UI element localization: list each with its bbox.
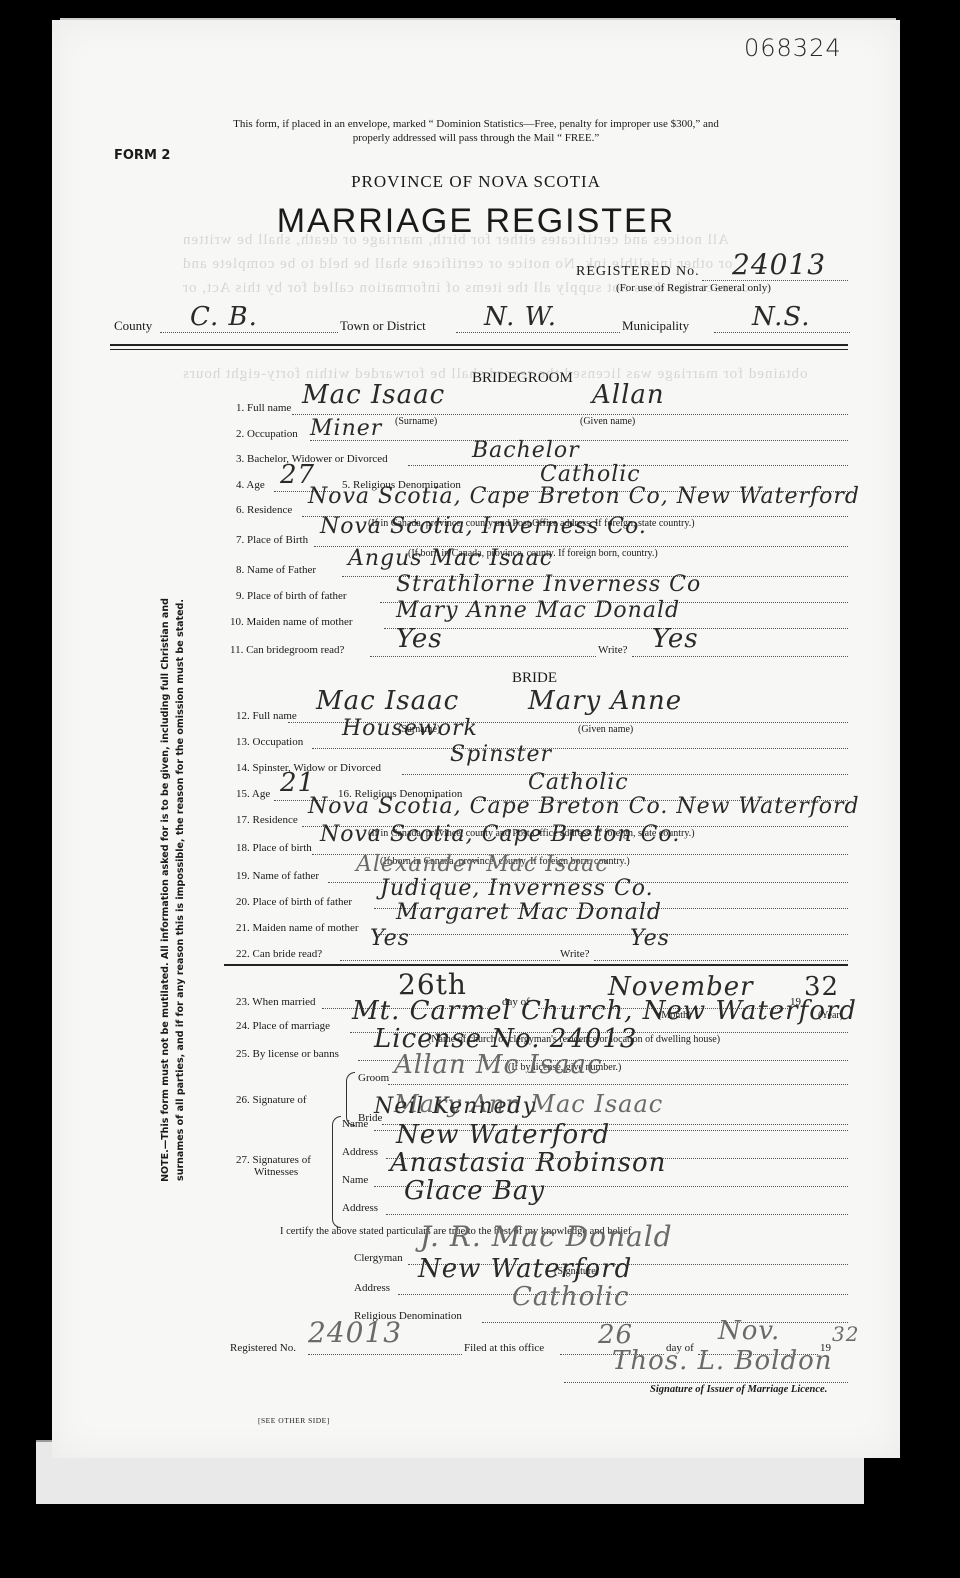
groom-father-birthplace-label: 9. Place of birth of father	[236, 590, 347, 602]
witness-1-address-label: Address	[342, 1146, 378, 1158]
filing-registered-no-label: Registered No.	[230, 1342, 296, 1354]
groom-marital-status-value[interactable]: Bachelor	[472, 438, 580, 463]
field-line	[594, 960, 848, 961]
field-line	[384, 628, 848, 629]
groom-birthplace-label: 7. Place of Birth	[236, 534, 308, 546]
groom-mother-maiden-name-label: 10. Maiden name of mother	[230, 616, 353, 628]
witness-2-name[interactable]: Anastasia Robinson	[390, 1148, 666, 1178]
town-line	[456, 332, 620, 333]
form-label: FORM 2	[114, 148, 170, 163]
groom-can-read-label: 11. Can bridegroom read?	[230, 644, 344, 656]
witness-1-address[interactable]: New Waterford	[396, 1120, 610, 1150]
groom-age-label: 4. Age	[236, 479, 265, 491]
town-label: Town or District	[340, 318, 426, 334]
bride-religion-value[interactable]: Catholic	[528, 770, 629, 795]
witness-1-name[interactable]: Neil Kennedy	[374, 1094, 536, 1119]
bridegroom-heading: BRIDEGROOM	[472, 370, 573, 387]
brace	[332, 1116, 341, 1228]
groom-signature-label: Groom	[358, 1072, 389, 1084]
filed-month-value[interactable]: Nov.	[718, 1316, 780, 1346]
place-of-marriage-value[interactable]: Mt. Carmel Church, New Waterford	[352, 996, 857, 1026]
groom-can-read-value[interactable]: Yes	[396, 624, 443, 654]
bride-residence-value[interactable]: Nova Scotia, Cape Breton Co. New Waterfo…	[308, 794, 860, 819]
groom-mother-maiden-name-value[interactable]: Mary Anne Mac Donald	[396, 598, 680, 623]
witness-1-name-label: Name	[342, 1118, 368, 1130]
groom-residence-label: 6. Residence	[236, 504, 292, 516]
bride-surname-value[interactable]: Mac Isaac	[316, 686, 459, 716]
clergyman-denomination-value[interactable]: Catholic	[512, 1282, 629, 1312]
groom-signature[interactable]: Allan Mc Isaac	[394, 1050, 603, 1080]
groom-surname-value[interactable]: Mac Isaac	[302, 380, 445, 410]
marriage-register-form: All notices and certificates either for …	[52, 20, 900, 1458]
bride-father-birthplace-label: 20. Place of birth of father	[236, 896, 352, 908]
witness-2-address-label: Address	[342, 1202, 378, 1214]
field-line	[308, 1354, 462, 1355]
postal-notice-line2: properly addressed will pass through the…	[52, 132, 900, 144]
given-name-caption: (Given name)	[580, 416, 635, 427]
bride-full-name-label: 12. Full name	[236, 710, 297, 722]
bride-father-birthplace-value[interactable]: Judique, Inverness Co.	[380, 876, 654, 901]
filed-year-value[interactable]: 32	[832, 1322, 859, 1346]
clergyman-address-label: Address	[354, 1282, 390, 1294]
bride-can-write-value[interactable]: Yes	[630, 926, 670, 951]
groom-given-name-value[interactable]: Allan	[592, 380, 665, 410]
bride-occupation-label: 13. Occupation	[236, 736, 303, 748]
municipality-value[interactable]: N.S.	[752, 302, 811, 332]
bride-heading: BRIDE	[512, 670, 557, 687]
divider	[110, 344, 848, 346]
field-line	[292, 414, 848, 415]
clergyman-signature[interactable]: J. R. Mac Donald	[420, 1220, 673, 1253]
place-of-marriage-label: 24. Place of marriage	[236, 1020, 330, 1032]
bride-marital-status-value[interactable]: Spinster	[450, 742, 552, 767]
field-line	[386, 1214, 848, 1215]
field-line	[370, 656, 596, 657]
bride-birthplace-label: 18. Place of birth	[236, 842, 312, 854]
bride-age-label: 15. Age	[236, 788, 270, 800]
groom-occupation-label: 2. Occupation	[236, 428, 298, 440]
bride-residence-label: 17. Residence	[236, 814, 298, 826]
bride-can-write-label: Write?	[560, 948, 589, 960]
witnesses-label-2: Witnesses	[254, 1166, 298, 1178]
county-label: County	[114, 318, 152, 334]
bride-birthplace-value[interactable]: Nova Scotia, Cape Breton Co.	[320, 822, 680, 847]
registered-no-value[interactable]: 24013	[732, 248, 826, 281]
side-note: NOTE.—This form must not be mutilated. A…	[158, 580, 188, 1200]
field-line	[312, 748, 848, 749]
issuer-signature-line	[564, 1382, 848, 1383]
bride-father-name-value[interactable]: Alexander Mac Isaac	[356, 852, 609, 877]
groom-occupation-value[interactable]: Miner	[310, 416, 382, 441]
bride-father-name-label: 19. Name of father	[236, 870, 319, 882]
field-line	[340, 960, 560, 961]
groom-birthplace-value[interactable]: Nova Scotia, Inverness Co.	[320, 514, 647, 539]
field-line	[388, 1084, 848, 1085]
surname-caption: (Surname)	[395, 416, 437, 427]
municipality-label: Municipality	[622, 318, 689, 334]
license-or-banns-label: 25. By license or banns	[236, 1048, 339, 1060]
groom-can-write-value[interactable]: Yes	[652, 624, 699, 654]
bride-can-read-value[interactable]: Yes	[370, 926, 410, 951]
registered-no-note: (For use of Registrar General only)	[616, 282, 771, 294]
when-married-label: 23. When married	[236, 996, 316, 1008]
filed-at-office-label: Filed at this office	[464, 1342, 544, 1354]
divider	[110, 349, 848, 350]
divider	[224, 964, 848, 966]
groom-father-name-value[interactable]: Angus Mac Isaac	[348, 546, 553, 571]
side-note-line1: NOTE.—This form must not be mutilated. A…	[158, 580, 173, 1200]
province-heading: PROVINCE OF NOVA SCOTIA	[52, 172, 900, 192]
see-other-side: [SEE OTHER SIDE]	[258, 1416, 330, 1425]
clergyman-address-value[interactable]: New Waterford	[418, 1254, 632, 1284]
county-value[interactable]: C. B.	[190, 302, 258, 332]
clergyman-label: Clergyman	[354, 1252, 403, 1264]
groom-father-name-label: 8. Name of Father	[236, 564, 316, 576]
side-note-line2: surnames of all parties, and if for any …	[173, 580, 188, 1200]
town-value[interactable]: N. W.	[484, 302, 557, 332]
filing-registered-no-value[interactable]: 24013	[308, 1316, 402, 1349]
registered-no-label: REGISTERED No.	[576, 264, 700, 280]
field-line	[632, 656, 848, 657]
municipality-line	[714, 332, 850, 333]
given-name-caption: (Given name)	[578, 724, 633, 735]
bride-can-read-label: 22. Can bride read?	[236, 948, 322, 960]
bride-given-name-value[interactable]: Mary Anne	[528, 686, 682, 716]
bride-mother-maiden-name-value[interactable]: Margaret Mac Donald	[396, 900, 662, 925]
postal-notice-line1: This form, if placed in an envelope, mar…	[52, 118, 900, 130]
field-line	[482, 1322, 848, 1323]
field-line	[378, 934, 848, 935]
groom-full-name-label: 1. Full name	[236, 402, 291, 414]
witness-2-address[interactable]: Glace Bay	[404, 1176, 545, 1206]
groom-residence-value[interactable]: Nova Scotia, Cape Breton Co, New Waterfo…	[308, 484, 860, 509]
groom-can-write-label: Write?	[598, 644, 627, 656]
bride-mother-maiden-name-label: 21. Maiden name of mother	[236, 922, 359, 934]
groom-father-birthplace-value[interactable]: Strathlorne Inverness Co	[396, 572, 701, 597]
witness-2-name-label: Name	[342, 1174, 368, 1186]
signature-of-label: 26. Signature of	[236, 1094, 307, 1106]
witnesses-label: 27. Signatures of	[236, 1154, 311, 1166]
issuer-caption: Signature of Issuer of Marriage Licence.	[650, 1384, 827, 1395]
county-line	[160, 332, 338, 333]
serial-number: 068324	[744, 34, 842, 62]
page-title: MARRIAGE REGISTER	[52, 202, 900, 241]
bride-occupation-value[interactable]: Housework	[342, 716, 478, 741]
issuer-signature[interactable]: Thos. L. Boldon	[612, 1346, 833, 1376]
